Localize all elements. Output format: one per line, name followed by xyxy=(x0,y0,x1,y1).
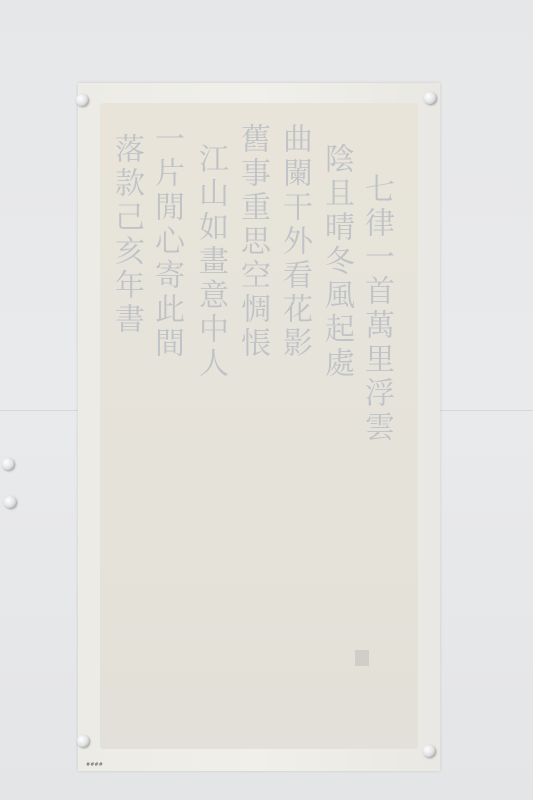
scroll-pin-icon xyxy=(424,92,436,104)
calligraphy-column: 曲闌干外看花影 xyxy=(274,123,314,361)
calligraphy-column: 落款己亥年書 xyxy=(106,133,146,337)
wall-pin-icon xyxy=(4,496,16,508)
calligraphy-column: 舊事重思空惆悵 xyxy=(232,123,272,361)
calligraphy-column: 七律一首萬里浮雲 xyxy=(356,173,396,445)
calligraphy-column: 一片閒心寄此間 xyxy=(146,123,186,361)
scroll-pin-icon xyxy=(76,94,88,106)
wall-pin-icon xyxy=(2,458,14,470)
corner-mark: #### xyxy=(86,762,103,768)
scroll-pin-icon xyxy=(77,735,89,747)
seal-stamp xyxy=(355,650,369,666)
calligraphy-column: 陰且晴冬風起處 xyxy=(316,143,356,381)
scroll-paper: 七律一首萬里浮雲 陰且晴冬風起處 曲闌干外看花影 舊事重思空惆悵 江山如畫意中人… xyxy=(100,103,418,749)
scroll-pin-icon xyxy=(423,745,435,757)
calligraphy-column: 江山如畫意中人 xyxy=(190,143,230,381)
